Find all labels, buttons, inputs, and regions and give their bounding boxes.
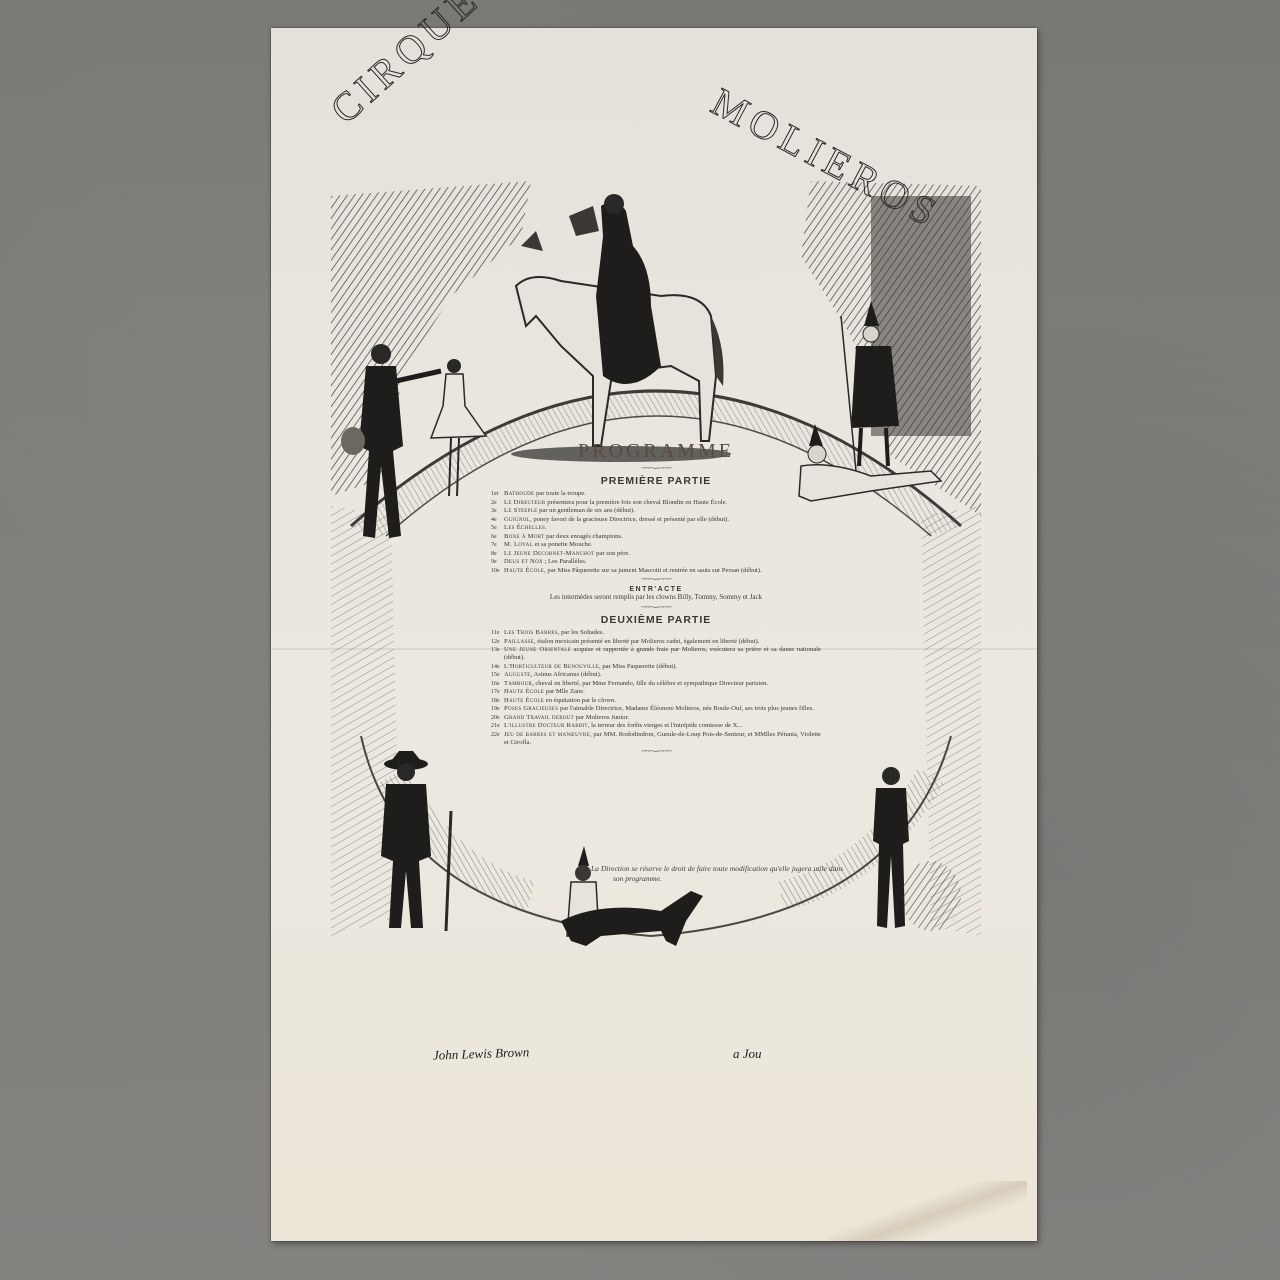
item-act-name: Guignol <box>504 516 530 523</box>
item-description: , par les Soltades. <box>558 629 604 636</box>
item-number: 13e <box>491 646 504 654</box>
item-act-name: Boxe à Mort <box>504 533 544 540</box>
programme-item: 17eHaute École par Mlle Zane. <box>491 688 821 696</box>
entracte-title: ENTR'ACTE <box>491 586 821 593</box>
item-description: par Molieros Junior. <box>574 714 629 721</box>
item-act-name: Grand Travail debout <box>504 714 574 721</box>
item-act-name: Le Jeune Decornet-Manchot <box>504 550 594 557</box>
item-number: 22e <box>491 731 504 739</box>
item-description: , par Miss Paquerette (début). <box>599 663 677 670</box>
item-act-name: Le Steeple <box>504 507 537 514</box>
item-act-name: Paillasse <box>504 638 534 645</box>
item-number: 5e <box>491 524 504 532</box>
programme-item: 15eAuguste, Asinus Africanus (début). <box>491 671 821 679</box>
programme-item: 9eDeus et Nox ; Les Parallèles. <box>491 558 821 566</box>
item-act-name: Poses Gracieuses <box>504 705 558 712</box>
item-description: , la terreur des forêts vierges et l'int… <box>588 722 743 729</box>
item-act-name: Haute École <box>504 697 544 704</box>
item-number: 15e <box>491 671 504 679</box>
item-description: par deux enragés champions. <box>544 533 622 540</box>
item-act-name: Haute École <box>504 567 544 574</box>
item-number: 9e <box>491 558 504 566</box>
flourish-divider: ~~~∽~~~ <box>491 575 821 583</box>
item-act-name: Deus et Nox <box>504 558 543 565</box>
item-description: par Mlle Zane. <box>544 688 585 695</box>
clown-donkey-figure <box>561 846 703 946</box>
programme-item: 13eUne Jeune Orientale acquise et rappor… <box>491 646 821 662</box>
item-number: 8e <box>491 550 504 558</box>
programme-item: 16eTambour, cheval en liberté, par Mme F… <box>491 680 821 688</box>
item-act-name: M. Loyal <box>504 541 533 548</box>
item-act-name: Le Directeur <box>504 499 546 506</box>
item-number: 4e <box>491 516 504 524</box>
programme-item: 22eJeu de barres et manœuvre, par MM. Ro… <box>491 731 821 747</box>
programme-item: 3eLe Steeple par un gentleman de six ans… <box>491 507 821 515</box>
item-number: 11e <box>491 629 504 637</box>
programme-item: 21eL'illustre Docteur Rabbit, la terreur… <box>491 722 821 730</box>
part-two-list: 11eLes Trois Barres, par les Soltades.12… <box>491 629 821 747</box>
item-number: 6e <box>491 533 504 541</box>
item-act-name: Les Trois Barres <box>504 629 558 636</box>
programme-item: 7eM. Loyal et sa ponette Mouche. <box>491 541 821 549</box>
item-description: , par Miss Pâquerette sur sa jument Masc… <box>544 567 762 574</box>
programme-item: 18eHaute École en équitation par le clow… <box>491 697 821 705</box>
item-description: ; Les Parallèles. <box>543 558 587 565</box>
entracte-text: Les intermèdes seront remplis par les cl… <box>491 593 821 601</box>
programme-item: 1erBathoude par toute la troupe. <box>491 490 821 498</box>
item-description: , cheval en liberté, par Mme Fernando, f… <box>532 680 768 687</box>
item-description: par l'aimable Directrice, Madame Éléonor… <box>558 705 814 712</box>
item-description: . <box>545 524 547 531</box>
item-description: présentera pour la première fois son che… <box>546 499 728 506</box>
item-act-name: L'illustre Docteur Rabbit <box>504 722 588 729</box>
item-act-name: Jeu de barres et manœuvre <box>504 731 590 738</box>
item-number: 7e <box>491 541 504 549</box>
programme-item: 11eLes Trois Barres, par les Soltades. <box>491 629 821 637</box>
flourish-divider: ~~~∽~~~ <box>491 747 821 755</box>
item-number: 10e <box>491 567 504 575</box>
part-two-title: DEUXIÈME PARTIE <box>491 614 821 626</box>
item-description: , Asinus Africanus (début). <box>531 671 602 678</box>
item-number: 1er <box>491 490 504 498</box>
programme-sheet: CIRQUE MOLIEROS PROGRAMME ~~~∽~~~ PREMIÈ… <box>271 28 1037 1241</box>
item-number: 12e <box>491 638 504 646</box>
item-number: 16e <box>491 680 504 688</box>
item-number: 19e <box>491 705 504 713</box>
paper-stain <box>827 1181 1027 1241</box>
item-description: par toute la troupe. <box>534 490 585 497</box>
item-number: 2e <box>491 499 504 507</box>
programme-heading: PROGRAMME <box>491 440 821 463</box>
handwritten-note: a Jou <box>733 1046 762 1062</box>
item-act-name: L'Horticulteur de Benouville <box>504 663 599 670</box>
part-one-list: 1erBathoude par toute la troupe.2eLe Dir… <box>491 490 821 575</box>
item-number: 17e <box>491 688 504 696</box>
item-description: , étalon mexicain présenté en liberté pa… <box>534 638 759 645</box>
item-description: en équitation par le clown. <box>544 697 616 704</box>
item-number: 14e <box>491 663 504 671</box>
programme-item: 8eLe Jeune Decornet-Manchot par son père… <box>491 550 821 558</box>
programme-item: 2eLe Directeur présentera pour la premiè… <box>491 499 821 507</box>
closing-note: La Direction se réserve le droit de fair… <box>591 864 843 883</box>
item-act-name: Auguste <box>504 671 531 678</box>
item-number: 20e <box>491 714 504 722</box>
item-description: , poney favori de la gracieuse Directric… <box>530 516 729 523</box>
programme-item: 14eL'Horticulteur de Benouville, par Mis… <box>491 663 821 671</box>
programme-item: 12ePaillasse, étalon mexicain présenté e… <box>491 638 821 646</box>
part-one-title: PREMIÈRE PARTIE <box>491 475 821 487</box>
item-act-name: Une Jeune Orientale <box>504 646 571 653</box>
programme-item: 5eLes Échelles. <box>491 524 821 532</box>
programme-item: 4eGuignol, poney favori de la gracieuse … <box>491 516 821 524</box>
item-act-name: Bathoude <box>504 490 534 497</box>
item-number: 18e <box>491 697 504 705</box>
flourish-divider: ~~~∽~~~ <box>491 603 821 611</box>
flourish-divider: ~~~∽~~~ <box>491 464 821 472</box>
item-description: par son père. <box>594 550 630 557</box>
programme-item: 20eGrand Travail debout par Molieros Jun… <box>491 714 821 722</box>
item-act-name: Haute École <box>504 688 544 695</box>
item-description: et sa ponette Mouche. <box>533 541 593 548</box>
programme-item: 19ePoses Gracieuses par l'aimable Direct… <box>491 705 821 713</box>
item-act-name: Les Échelles <box>504 524 545 531</box>
item-act-name: Tambour <box>504 680 532 687</box>
item-number: 3e <box>491 507 504 515</box>
programme-text: PROGRAMME ~~~∽~~~ PREMIÈRE PARTIE 1erBat… <box>491 440 821 755</box>
item-description: par un gentleman de six ans (début). <box>537 507 634 514</box>
item-number: 21e <box>491 722 504 730</box>
programme-item: 6eBoxe à Mort par deux enragés champions… <box>491 533 821 541</box>
artist-signature: John Lewis Brown <box>433 1044 530 1063</box>
